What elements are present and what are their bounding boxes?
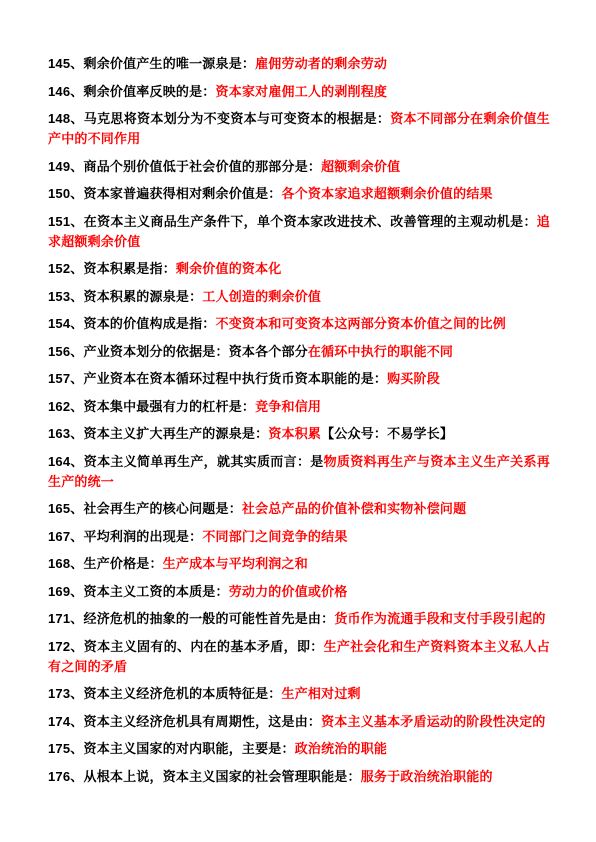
question-text: 资本主义简单再生产，就其实质而言：是 <box>84 454 324 469</box>
item-number: 148、 <box>48 111 84 126</box>
question-text: 资本主义扩大再生产的源泉是： <box>84 426 269 441</box>
qa-item: 169、资本主义工资的本质是：劳动力的价值或价格 <box>48 582 550 602</box>
qa-item: 167、平均利润的出现是：不同部门之间竞争的结果 <box>48 527 550 547</box>
item-number: 172、 <box>48 639 84 654</box>
qa-list: 145、剩余价值产生的唯一源泉是：雇佣劳动者的剩余劳动 146、剩余价值率反映的… <box>0 0 596 787</box>
question-text: 资本家普遍获得相对剩余价值是： <box>84 186 282 201</box>
answer-text: 服务于政治统治职能的 <box>361 769 493 784</box>
item-number: 156、 <box>48 344 84 359</box>
item-number: 150、 <box>48 186 84 201</box>
question-text: 马克思将资本划分为不变资本与可变资本的根据是： <box>84 111 390 126</box>
item-number: 169、 <box>48 584 84 599</box>
item-number: 149、 <box>48 159 84 174</box>
item-number: 164、 <box>48 454 84 469</box>
qa-item: 162、资本集中最强有力的杠杆是：竞争和信用 <box>48 397 550 417</box>
item-number: 152、 <box>48 261 84 276</box>
item-number: 162、 <box>48 399 84 414</box>
qa-item: 154、资本的价值构成是指：不变资本和可变资本这两部分资本价值之间的比例 <box>48 314 550 334</box>
item-number: 168、 <box>48 556 84 571</box>
answer-text: 生产成本与平均利润之和 <box>163 556 308 571</box>
qa-item: 173、资本主义经济危机的本质特征是：生产相对过剩 <box>48 684 550 704</box>
question-text: 从根本上说，资本主义国家的社会管理职能是： <box>84 769 361 784</box>
item-number: 176、 <box>48 769 84 784</box>
item-number: 151、 <box>48 214 84 229</box>
answer-text: 资本主义基本矛盾运动的阶段性决定的 <box>321 714 545 729</box>
qa-item: 156、产业资本划分的依据是：资本各个部分在循环中执行的职能不同 <box>48 342 550 362</box>
qa-item: 148、马克思将资本划分为不变资本与可变资本的根据是：资本不同部分在剩余价值生产… <box>48 109 550 149</box>
question-text: 资本积累的源泉是： <box>84 289 203 304</box>
qa-item: 151、在资本主义商品生产条件下，单个资本家改进技术、改善管理的主观动机是：追求… <box>48 212 550 252</box>
qa-item: 171、经济危机的抽象的一般的可能性首先是由：货币作为流通手段和支付手段引起的 <box>48 609 550 629</box>
question-text: 资本主义经济危机具有周期性，这是由： <box>84 714 322 729</box>
qa-item: 168、生产价格是：生产成本与平均利润之和 <box>48 554 550 574</box>
question-text: 剩余价值率反映的是： <box>84 84 216 99</box>
question-text: 在资本主义商品生产条件下，单个资本家改进技术、改善管理的主观动机是： <box>84 214 537 229</box>
document-page: 145、剩余价值产生的唯一源泉是：雇佣劳动者的剩余劳动 146、剩余价值率反映的… <box>0 0 596 842</box>
answer-text: 政治统治的职能 <box>295 741 387 756</box>
qa-item: 153、资本积累的源泉是：工人创造的剩余价值 <box>48 287 550 307</box>
answer-text: 货币作为流通手段和支付手段引起的 <box>334 611 545 626</box>
question-text: 资本主义国家的对内职能，主要是： <box>84 741 295 756</box>
item-number: 171、 <box>48 611 84 626</box>
qa-item: 172、资本主义固有的、内在的基本矛盾，即：生产社会化和生产资料资本主义私人占有… <box>48 637 550 677</box>
qa-item: 145、剩余价值产生的唯一源泉是：雇佣劳动者的剩余劳动 <box>48 54 550 74</box>
answer-text: 劳动力的价值或价格 <box>229 584 348 599</box>
question-text: 资本主义固有的、内在的基本矛盾，即： <box>84 639 324 654</box>
answer-text: 购买阶段 <box>387 371 440 386</box>
answer-text: 在循环中执行的职能不同 <box>308 344 453 359</box>
item-number: 146、 <box>48 84 84 99</box>
answer-text: 雇佣劳动者的剩余劳动 <box>255 56 387 71</box>
qa-item: 157、产业资本在资本循环过程中执行货币资本职能的是：购买阶段 <box>48 369 550 389</box>
answer-text: 不变资本和可变资本这两部分资本价值之间的比例 <box>216 316 506 331</box>
answer-text: 不同部门之间竞争的结果 <box>202 529 347 544</box>
answer-text: 剩余价值的资本化 <box>176 261 282 276</box>
item-number: 174、 <box>48 714 84 729</box>
question-text: 社会再生产的核心问题是： <box>84 501 242 516</box>
question-text: 经济危机的抽象的一般的可能性首先是由： <box>84 611 335 626</box>
qa-item: 150、资本家普遍获得相对剩余价值是：各个资本家追求超额剩余价值的结果 <box>48 184 550 204</box>
answer-text: 超额剩余价值 <box>321 159 400 174</box>
question-text: 平均利润的出现是： <box>84 529 203 544</box>
item-number: 157、 <box>48 371 84 386</box>
qa-item: 176、从根本上说，资本主义国家的社会管理职能是：服务于政治统治职能的 <box>48 767 550 787</box>
qa-item: 152、资本积累是指：剩余价值的资本化 <box>48 259 550 279</box>
item-number: 173、 <box>48 686 84 701</box>
qa-item: 164、资本主义简单再生产，就其实质而言：是物质资料再生产与资本主义生产关系再生… <box>48 452 550 492</box>
question-text: 生产价格是： <box>84 556 163 571</box>
answer-text: 各个资本家追求超额剩余价值的结果 <box>282 186 493 201</box>
item-number: 145、 <box>48 56 84 71</box>
item-number: 165、 <box>48 501 84 516</box>
item-number: 167、 <box>48 529 84 544</box>
question-text: 产业资本划分的依据是：资本各个部分 <box>84 344 308 359</box>
qa-item: 174、资本主义经济危机具有周期性，这是由：资本主义基本矛盾运动的阶段性决定的 <box>48 712 550 732</box>
item-number: 154、 <box>48 316 84 331</box>
answer-text: 资本家对雇佣工人的剥削程度 <box>216 84 388 99</box>
item-number: 153、 <box>48 289 84 304</box>
qa-item: 175、资本主义国家的对内职能，主要是：政治统治的职能 <box>48 739 550 759</box>
question-text: 资本主义工资的本质是： <box>84 584 229 599</box>
question-text: 资本集中最强有力的杠杆是： <box>84 399 256 414</box>
question-text: 资本主义经济危机的本质特征是： <box>84 686 282 701</box>
qa-item: 149、商品个别价值低于社会价值的那部分是：超额剩余价值 <box>48 157 550 177</box>
answer-text: 资本积累 <box>268 426 321 441</box>
question-text: 商品个别价值低于社会价值的那部分是： <box>84 159 322 174</box>
qa-item: 165、社会再生产的核心问题是：社会总产品的价值补偿和实物补偿问题 <box>48 499 550 519</box>
suffix-text: 【公众号：不易学长】 <box>321 426 453 441</box>
item-number: 175、 <box>48 741 84 756</box>
answer-text: 生产相对过剩 <box>282 686 361 701</box>
qa-item: 146、剩余价值率反映的是：资本家对雇佣工人的剥削程度 <box>48 82 550 102</box>
answer-text: 工人创造的剩余价值 <box>202 289 321 304</box>
answer-text: 社会总产品的价值补偿和实物补偿问题 <box>242 501 466 516</box>
question-text: 产业资本在资本循环过程中执行货币资本职能的是： <box>84 371 388 386</box>
question-text: 资本的价值构成是指： <box>84 316 216 331</box>
item-number: 163、 <box>48 426 84 441</box>
question-text: 剩余价值产生的唯一源泉是： <box>84 56 256 71</box>
answer-text: 竞争和信用 <box>255 399 321 414</box>
qa-item: 163、资本主义扩大再生产的源泉是：资本积累【公众号：不易学长】 <box>48 424 550 444</box>
question-text: 资本积累是指： <box>84 261 176 276</box>
